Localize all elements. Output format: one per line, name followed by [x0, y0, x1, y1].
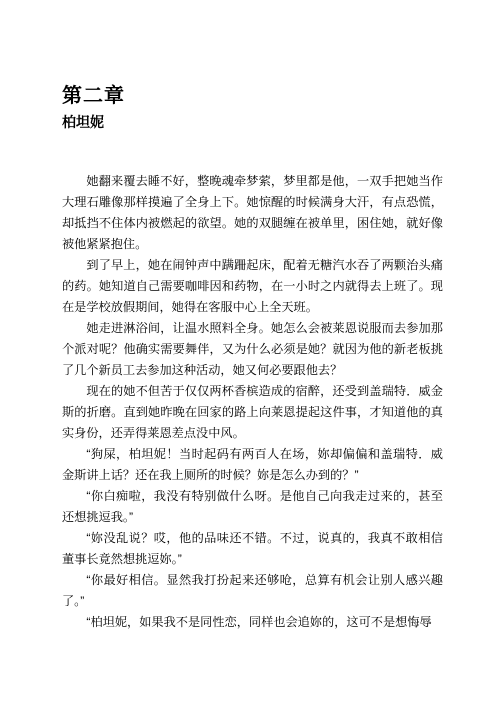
page-content: 第二章 柏坦妮 她翻来覆去睡不好，整晚魂牵梦萦，梦里都是他，一双手把她当作大理石…: [62, 84, 443, 633]
section-heading: 柏坦妮: [62, 114, 443, 131]
document-page: 第二章 柏坦妮 她翻来覆去睡不好，整晚魂牵梦萦，梦里都是他，一双手把她当作大理石…: [0, 0, 504, 714]
body-paragraph: “狗屎，柏坦妮！当时起码有两百人在场，妳却偏偏和盖瑞特．威金斯讲上话？还在我上厕…: [62, 444, 443, 486]
body-paragraph: “柏坦妮，如果我不是同性恋，同样也会追妳的，这可不是想悔辱: [62, 612, 443, 633]
body-paragraph: “妳没乱说？哎，他的品味还不错。不过，说真的，我真不敢相信董事长竟然想挑逗妳。”: [62, 528, 443, 570]
body-paragraph: 她翻来覆去睡不好，整晚魂牵梦萦，梦里都是他，一双手把她当作大理石雕像那样摸遍了全…: [62, 171, 443, 255]
body-paragraph: 现在的她不但苦于仅仅两杯香槟造成的宿醉，还受到盖瑞特．威金斯的折磨。直到她昨晚在…: [62, 381, 443, 444]
body-paragraph: 到了早上，她在闹钟声中蹒跚起床，配着无糖汽水吞了两颗治头痛的药。她知道自己需要咖…: [62, 255, 443, 318]
chapter-title: 第二章: [62, 84, 443, 108]
body-paragraph: “你白痴啦，我没有特别做什么呀。是他自己向我走过来的，甚至还想挑逗我。”: [62, 486, 443, 528]
body-text: 她翻来覆去睡不好，整晚魂牵梦萦，梦里都是他，一双手把她当作大理石雕像那样摸遍了全…: [62, 171, 443, 633]
body-paragraph: “你最好相信。显然我打扮起来还够呛，总算有机会让别人感兴趣了。”: [62, 570, 443, 612]
body-paragraph: 她走进淋浴间，让温水照料全身。她怎么会被莱恩说服而去参加那个派对呢？他确实需要舞…: [62, 318, 443, 381]
